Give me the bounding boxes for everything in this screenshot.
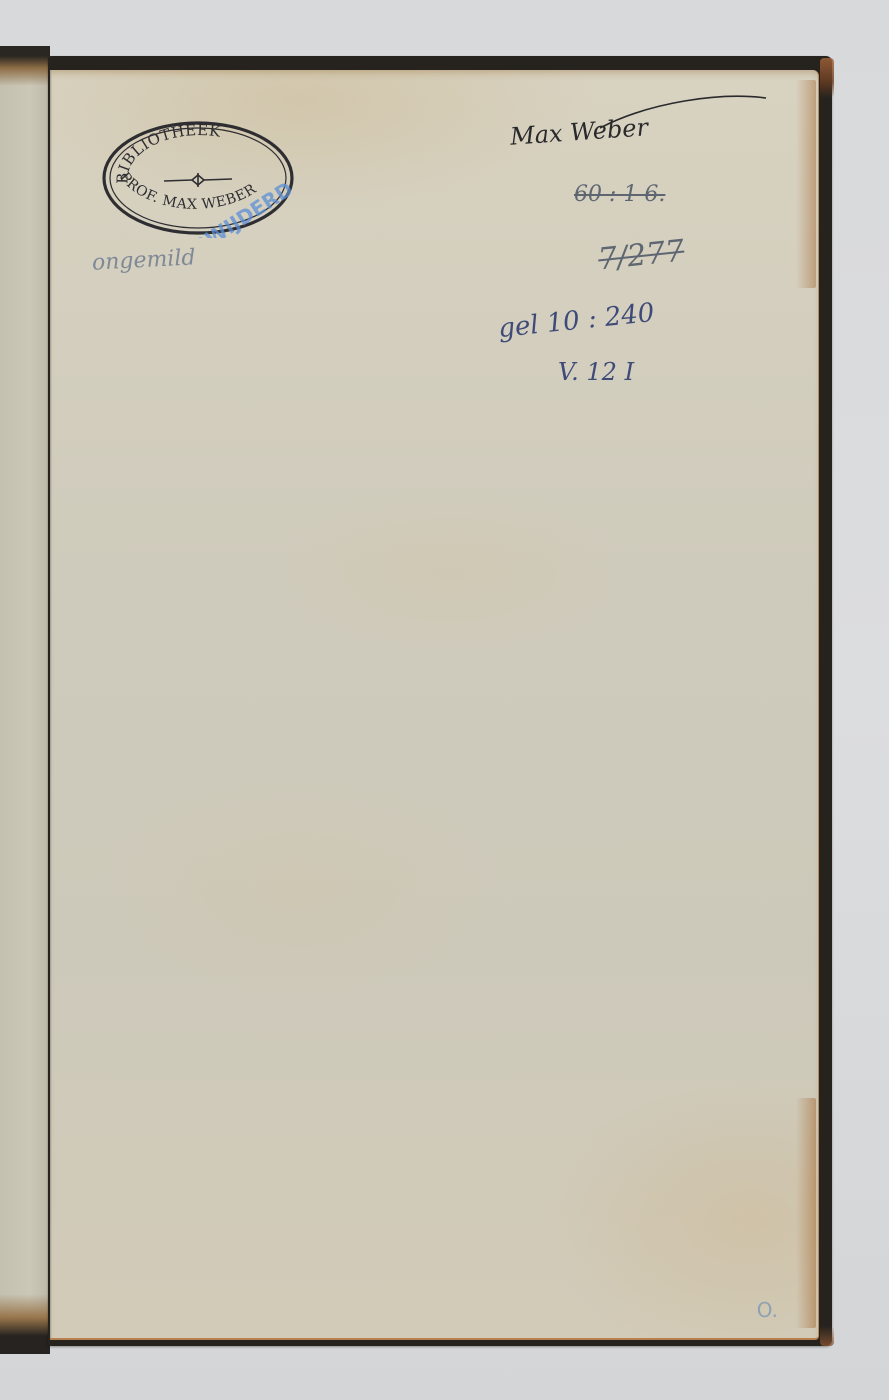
- cover-wear-bottom: [820, 1326, 834, 1346]
- stamp-ornament-icon: [164, 173, 232, 187]
- cover-wear-top: [820, 58, 834, 98]
- facing-page-strip: [0, 46, 50, 1354]
- volume-number: V. 12 I: [558, 358, 634, 386]
- current-shelfmark: gel 10 : 240: [497, 298, 656, 344]
- facing-page-cover-bottom: [0, 1294, 50, 1354]
- gutter-line: [50, 70, 52, 1338]
- old-shelfmark-1: 60 : 1 6.: [574, 182, 665, 207]
- stamp-pencil-note: ongemild: [91, 245, 196, 275]
- facing-page-cover-top: [0, 46, 50, 86]
- page-edge-stain-lower: [796, 1098, 816, 1328]
- old-shelfmark-2: 7/277: [596, 234, 686, 278]
- owner-signature: Max Weber: [509, 113, 649, 151]
- flyleaf-page: BIBLIOTHEEK PROF. MAX WEBER VERWIJDERD o…: [50, 70, 819, 1340]
- library-stamp: BIBLIOTHEEK PROF. MAX WEBER VERWIJDERD: [100, 118, 296, 238]
- corner-mark: O.: [757, 1298, 778, 1322]
- page-edge-stain-upper: [796, 80, 816, 288]
